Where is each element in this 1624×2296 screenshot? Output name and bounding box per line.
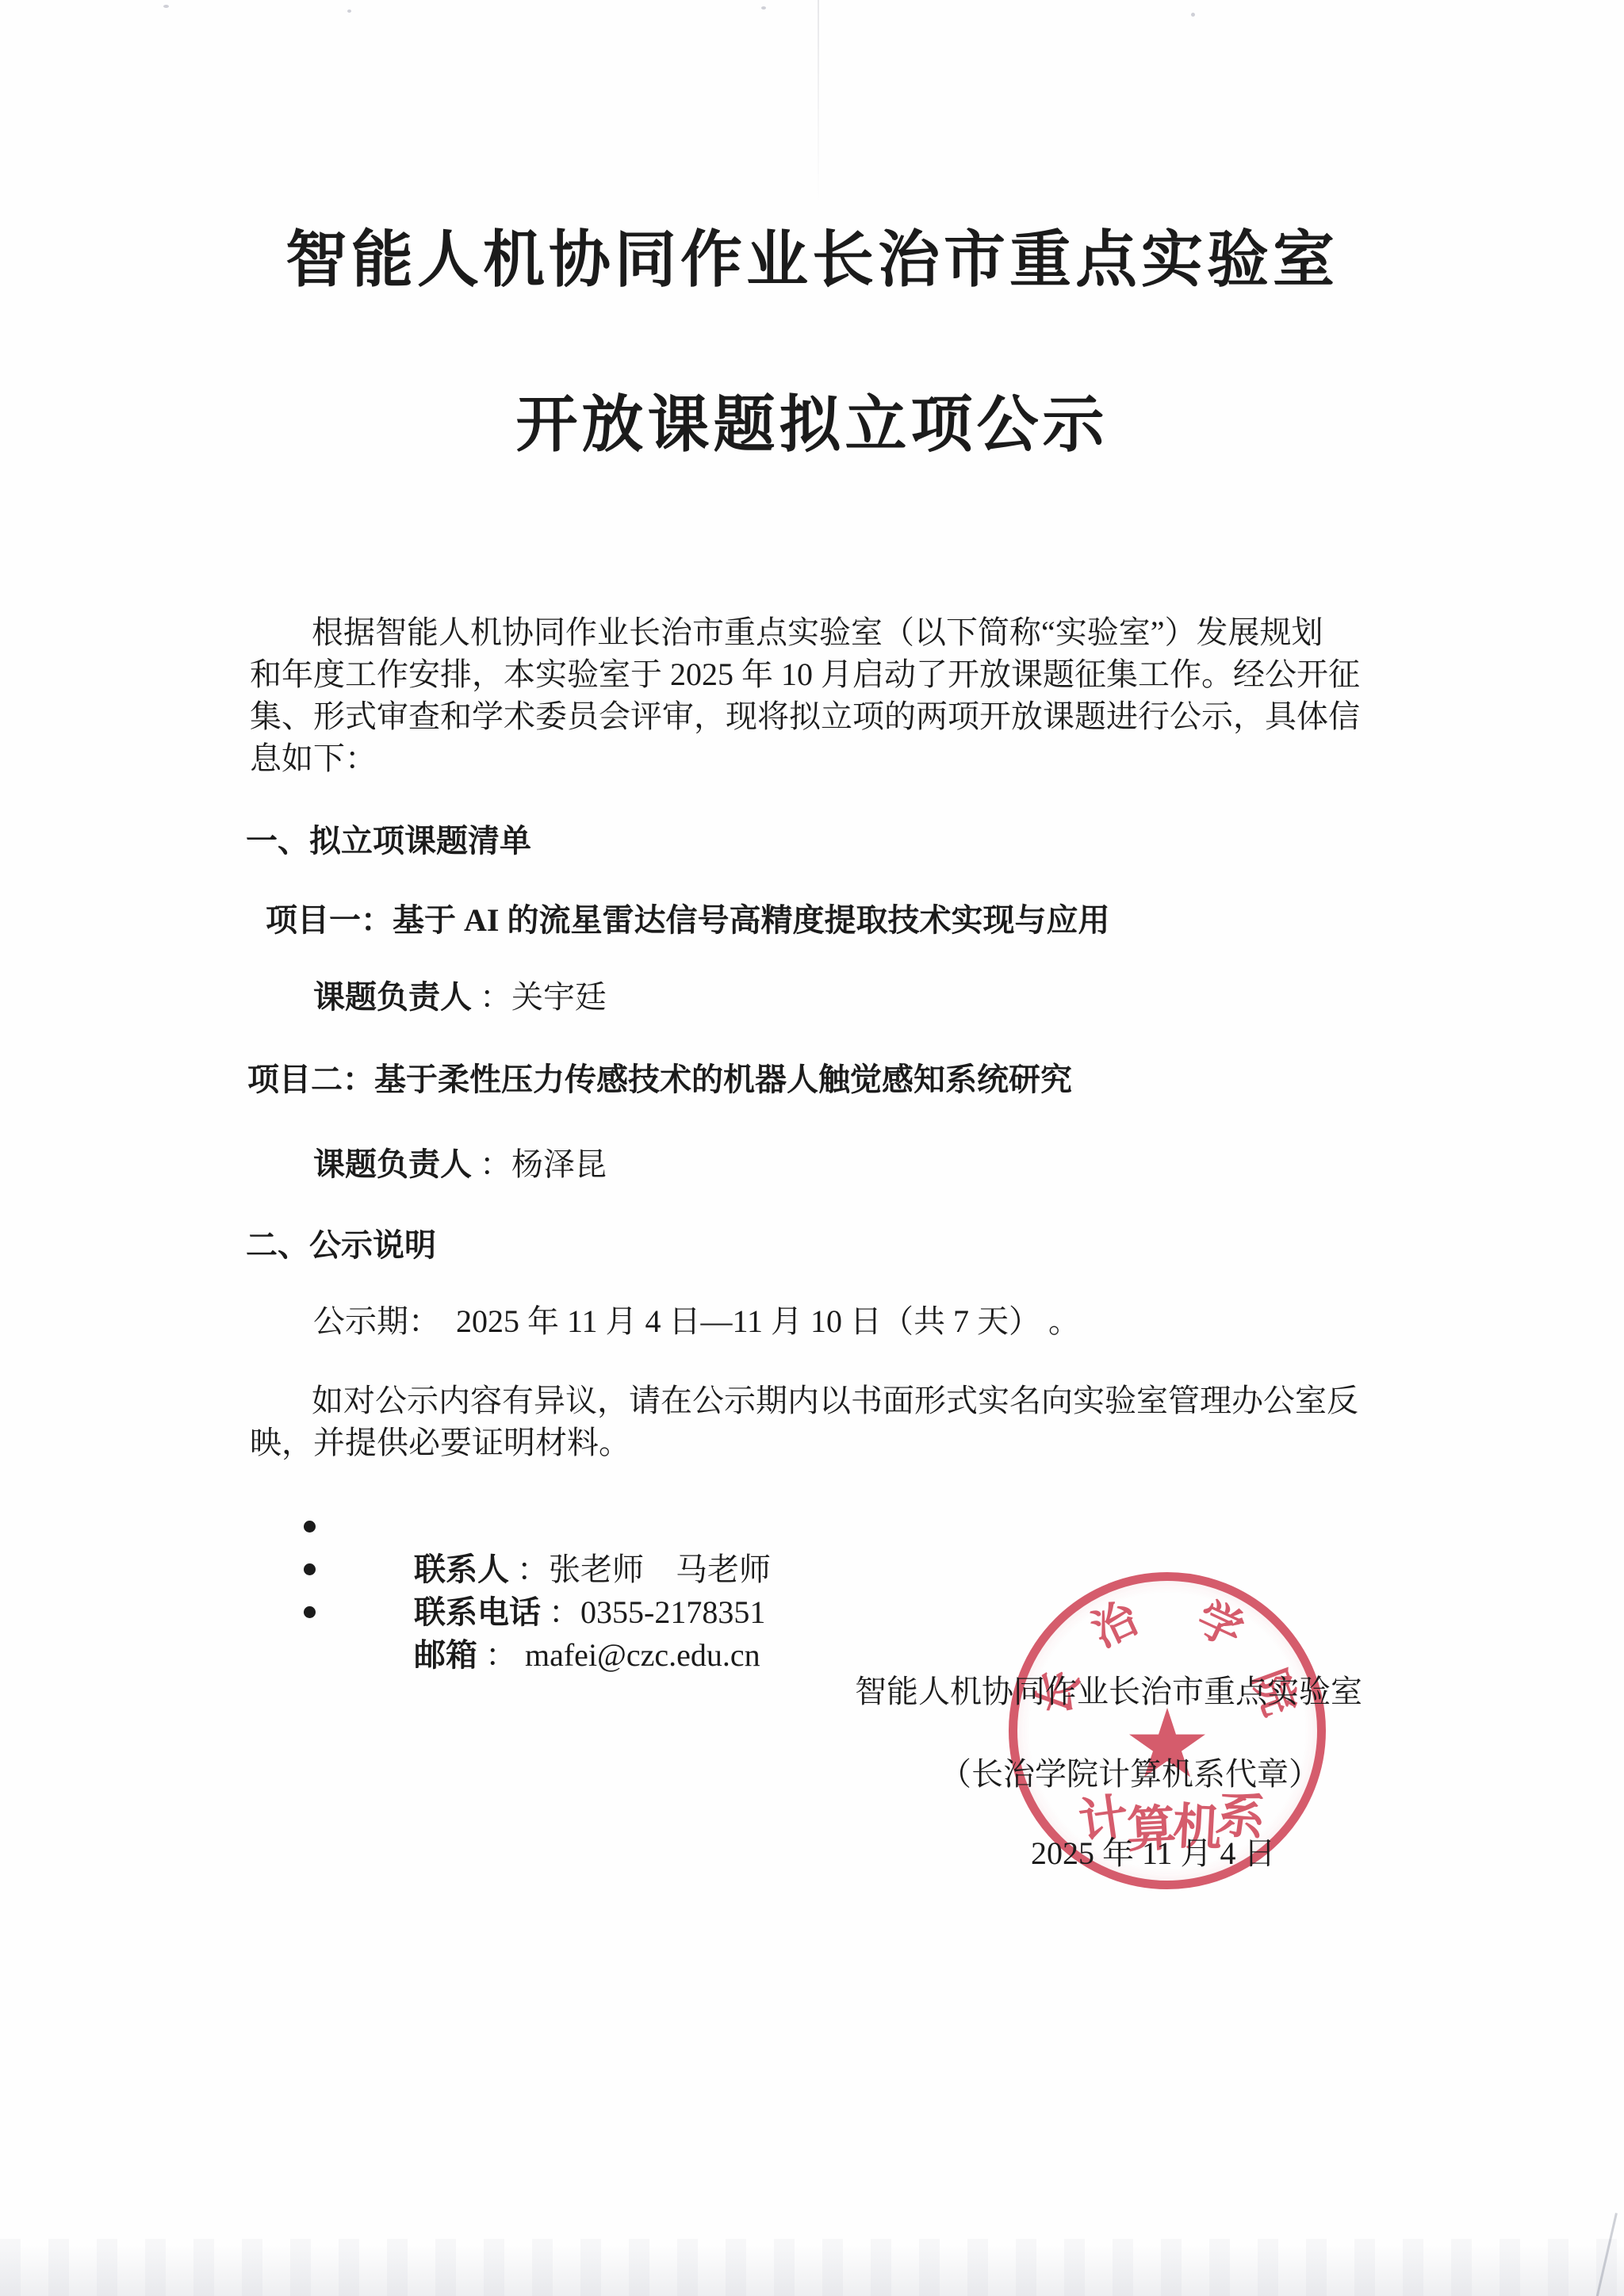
signature-date: 2025 年 11 月 4 日 bbox=[1031, 1832, 1276, 1874]
intro-line: 根据智能人机协同作业长治市重点实验室（以下简称“实验室”）发展规划 bbox=[250, 611, 1360, 653]
section-2-heading: 二、公示说明 bbox=[246, 1224, 436, 1266]
project-2-title: 项目二：基于柔性压力传感技术的机器人触觉感知系统研究 bbox=[247, 1058, 1072, 1100]
publicity-period-line: 公示期： 2025 年 11 月 4 日—11 月 10 日（共 7 天） 。 bbox=[313, 1300, 1080, 1342]
leader-name: ：杨泽昆 bbox=[472, 1146, 607, 1182]
page-title-line-2: 开放课题拟立项公示 bbox=[0, 385, 1624, 465]
objection-line: 如对公示内容有异议，请在公示期内以书面形式实名向实验室管理办公室反 bbox=[250, 1380, 1358, 1422]
objection-paragraph: 如对公示内容有异议，请在公示期内以书面形式实名向实验室管理办公室反 映，并提供必… bbox=[250, 1380, 1358, 1464]
scanned-notice-page: 智能人机协同作业长治市重点实验室 开放课题拟立项公示 根据智能人机协同作业长治市… bbox=[0, 0, 1624, 2296]
scan-speck bbox=[163, 5, 169, 8]
scan-speck bbox=[1191, 13, 1195, 17]
signature-org: 智能人机协同作业长治市重点实验室 bbox=[855, 1670, 1362, 1712]
section-1-heading: 一、拟立项课题清单 bbox=[246, 820, 531, 862]
intro-paragraph: 根据智能人机协同作业长治市重点实验室（以下简称“实验室”）发展规划 和年度工作安… bbox=[250, 611, 1360, 779]
intro-line: 和年度工作安排，本实验室于 2025 年 10 月启动了开放课题征集工作。经公开… bbox=[250, 653, 1360, 695]
leader-label: 课题负责人 bbox=[313, 1146, 472, 1182]
project-2-leader: 课题负责人 ：杨泽昆 bbox=[313, 1143, 607, 1185]
signature-proxy-note: （长治学院计算机系代章） bbox=[940, 1753, 1320, 1795]
page-title-line-1: 智能人机协同作业长治市重点实验室 bbox=[0, 220, 1624, 300]
bullet-icon bbox=[304, 1606, 316, 1618]
intro-line: 集、形式审查和学术委员会评审，现将拟立项的两项开放课题进行公示，具体信 bbox=[250, 695, 1360, 737]
scan-speck bbox=[761, 6, 766, 10]
contact-item-phone: 联系电话 ：0355-2178351 bbox=[250, 1548, 771, 1591]
contact-label: 邮箱 bbox=[414, 1637, 477, 1673]
bullet-icon bbox=[304, 1563, 316, 1575]
leader-name: ：关宇廷 bbox=[472, 979, 607, 1015]
project-1-title: 项目一：基于 AI 的流星雷达信号高精度提取技术实现与应用 bbox=[266, 899, 1109, 941]
scan-noise-band bbox=[0, 2239, 1624, 2296]
bullet-icon bbox=[304, 1521, 316, 1533]
contact-item-email: 邮箱 ： mafei@czc.edu.cn bbox=[250, 1591, 771, 1634]
scan-speck bbox=[347, 10, 351, 13]
contact-value: ： mafei@czc.edu.cn bbox=[477, 1637, 760, 1673]
intro-line: 息如下： bbox=[250, 737, 1360, 779]
project-1-leader: 课题负责人 ：关宇廷 bbox=[313, 976, 607, 1018]
contact-item-person: 联系人 ：张老师 马老师 bbox=[250, 1506, 771, 1548]
paper-crease bbox=[818, 0, 819, 205]
objection-line: 映，并提供必要证明材料。 bbox=[250, 1422, 1358, 1464]
leader-label: 课题负责人 bbox=[313, 979, 472, 1015]
contact-list: 联系人 ：张老师 马老师 联系电话 ：0355-2178351 邮箱 ： maf… bbox=[250, 1506, 771, 1634]
